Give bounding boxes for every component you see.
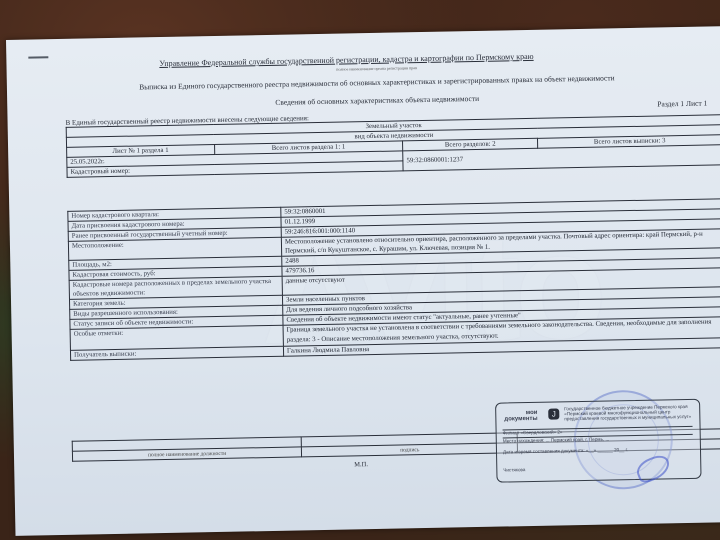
extract-title: Выписка из Единого государственного реес…: [67, 72, 687, 93]
agency-name: Государственное бюджетное учреждение Пер…: [564, 404, 694, 421]
extract-subtitle: Сведения об основных характеристиках объ…: [67, 90, 687, 111]
characteristics-table: Номер кадастрового квартала:59:32:086000…: [67, 198, 720, 361]
signer-name: Чистякова: [503, 466, 563, 473]
brand-icon: J: [548, 408, 559, 419]
section-label: Раздел 1 Лист 1: [657, 99, 707, 109]
date-line: Дата и время составления документа: «__»…: [503, 446, 693, 456]
pen-mark: [28, 56, 48, 58]
document-page: Avito Управление Федеральной службы госу…: [6, 26, 720, 536]
seal-caption: М.П.: [354, 461, 368, 468]
mfc-stamp: мои документы J Государственное бюджетно…: [495, 399, 701, 483]
brand-logo: мои документы: [504, 410, 537, 423]
